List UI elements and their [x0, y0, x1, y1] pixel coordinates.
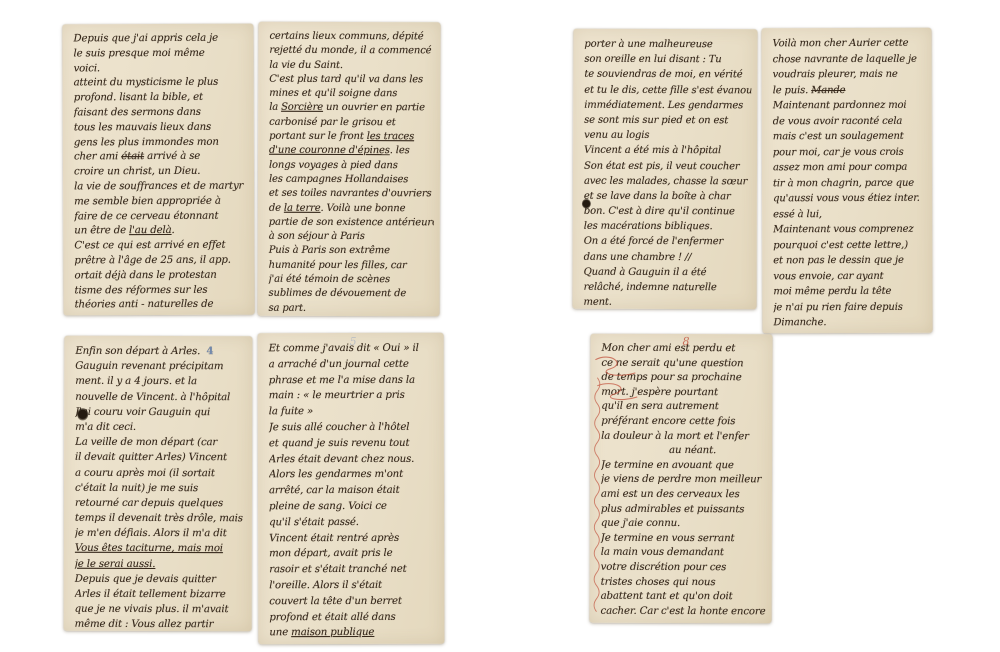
handwriting-line: Arles était devant chez nous. — [269, 451, 438, 467]
handwriting-line: Arles il était tellement bizarre — [75, 587, 246, 603]
handwriting-line: certains lieux communs, dépité — [269, 30, 434, 45]
handwriting-line: nouvelle de Vincent. à l'hôpital — [75, 389, 246, 405]
handwriting-line: Vincent était rentré après — [269, 530, 438, 546]
ink-blot — [77, 408, 88, 421]
handwriting-line: je viens de perdre mon meilleur — [601, 473, 766, 488]
handwriting-line: Dimanche. — [773, 315, 926, 331]
handwriting-line: Maintenant vous comprenez — [773, 222, 926, 238]
handwriting-line: plus admirables et puissants — [601, 502, 766, 517]
handwriting-line: C'est plus tard qu'il va dans les — [269, 73, 434, 88]
letter-page-bottom-left-e: Enfin son départ à Arles. 4Gauguin reven… — [64, 336, 253, 631]
handwriting-line: phrase et me l'a mise dans la — [269, 372, 438, 388]
handwriting-line: la Sorcière un ouvrier en partie — [269, 101, 434, 116]
handwriting-line: d'une couronne d'épines. les — [269, 144, 434, 159]
handwriting-line: la fuite » — [269, 404, 438, 420]
letter-page-top-right-d: Voilà mon cher Aurier cettechose navrant… — [761, 28, 932, 334]
handwriting-block: Enfin son départ à Arles. 4Gauguin reven… — [64, 336, 253, 633]
handwriting-block: Voilà mon cher Aurier cettechose navrant… — [761, 28, 932, 331]
handwriting-line: la vie de souffrances et de martyr — [74, 180, 248, 196]
handwriting-line: m'a dit ceci. — [75, 420, 246, 436]
handwriting-line: l'oreille. Alors il s'était — [269, 578, 438, 594]
handwriting-line: tisme des réformes sur les — [74, 283, 248, 299]
handwriting-line: la vie du Saint. — [269, 58, 434, 73]
letter-page-top-left-a: Depuis que j'ai appris cela jele suis pr… — [62, 24, 254, 316]
handwriting-line: Je termine en vous serrant — [601, 531, 766, 546]
handwriting-line: Je termine en avouant que — [601, 458, 766, 473]
handwriting-line: votre discrétion pour ces — [601, 561, 766, 576]
handwriting-line: moi même perdu la tête — [773, 284, 926, 300]
handwriting-line: même dit : Vous allez partir — [75, 617, 246, 633]
handwriting-line: La veille de mon départ (car — [75, 435, 246, 451]
handwriting-line: c'était la nuit) je me suis — [75, 480, 246, 496]
handwriting-line: sa part. — [268, 301, 433, 316]
handwriting-line: je m'en défiais. Alors il m'a dit — [75, 526, 246, 542]
handwriting-line: Son état est pis, il veut coucher — [584, 158, 751, 174]
handwriting-line: de temps pour sa prochaine — [601, 371, 766, 386]
handwriting-line: prêtre à l'âge de 25 ans, il app. — [74, 254, 248, 270]
handwriting-line: profond. lisant la bible, et — [74, 91, 248, 107]
letter-photo-canvas: Depuis que j'ai appris cela jele suis pr… — [0, 0, 1000, 652]
handwriting-line: que je ne vivais plus. il m'avait — [75, 602, 246, 618]
handwriting-line: pour moi, car je vous crois — [773, 144, 926, 160]
handwriting-line: se sont mis sur pied et on est — [584, 113, 751, 129]
handwriting-line: longs voyages à pied dans — [269, 158, 434, 173]
handwriting-line: Enfin son départ à Arles. 4 — [75, 344, 246, 360]
handwriting-line: ami est un des cerveaux les — [601, 488, 766, 503]
handwriting-line: atteint du mysticisme le plus — [74, 76, 248, 92]
handwriting-line: relâché, indemne naturelle — [584, 280, 751, 296]
handwriting-line: ortait déjà dans le protestan — [74, 268, 248, 284]
handwriting-line: qu'il s'était passé. — [269, 515, 438, 531]
handwriting-line: ment. — [584, 295, 751, 311]
page-number: 8 — [682, 335, 689, 348]
letter-page-bottom-right-g: Mon cher ami est perdu etce ne serait qu… — [589, 334, 772, 624]
handwriting-line: pleine de sang. Voici ce — [269, 499, 438, 515]
page-number: 5 — [350, 335, 357, 348]
handwriting-line: la main vous demandant — [601, 546, 766, 561]
handwriting-line: Puis à Paris son extrême — [269, 244, 434, 259]
handwriting-line: les campagnes Hollandaises — [269, 173, 434, 188]
handwriting-line: Depuis que j'ai appris cela je — [73, 32, 247, 48]
handwriting-line: ment. il y a 4 jours. et la — [75, 374, 246, 390]
handwriting-line: voici. — [74, 61, 248, 77]
handwriting-line: rasoir et s'était tranché net — [269, 562, 438, 578]
handwriting-line: On a été forcé de l'enfermer — [584, 234, 751, 250]
handwriting-line: Maintenant pardonnez moi — [773, 98, 926, 114]
handwriting-line: pourquoi c'est cette lettre,) — [773, 237, 926, 253]
handwriting-line: immédiatement. Les gendarmes — [584, 97, 751, 113]
handwriting-line: dans une chambre ! // — [584, 249, 751, 265]
handwriting-line: je n'ai pu rien faire depuis — [773, 299, 926, 315]
handwriting-line: un être de l'au delà. — [74, 224, 248, 240]
handwriting-line: j'ai été témoin de scènes — [269, 273, 434, 288]
handwriting-line: me semble bien appropriée à — [74, 194, 248, 210]
handwriting-line: gens les plus immondes mon — [74, 135, 248, 151]
handwriting-line: Vincent a été mis à l'hôpital — [584, 143, 751, 159]
handwriting-line: Quand à Gauguin il a été — [584, 265, 751, 281]
handwriting-line: et tu le dis, cette fille s'est évanouie — [584, 82, 751, 98]
handwriting-line: J'ai couru voir Gauguin qui — [75, 405, 246, 421]
letter-page-top-left-b: certains lieux communs, dépitérejetté du… — [257, 22, 440, 317]
handwriting-line: mais c'est un soulagement — [773, 129, 926, 145]
handwriting-line: main : « le meurtrier a pris — [269, 388, 438, 404]
handwriting-line: théories anti - naturelles de — [75, 298, 249, 314]
handwriting-line: rejetté du monde, il a commencé — [269, 44, 434, 59]
handwriting-line: le suis presque moi même — [73, 46, 247, 62]
handwriting-line: assez mon ami pour compa — [773, 160, 926, 176]
letter-page-top-right-c: porter à une malheureuseson oreille en l… — [573, 29, 758, 310]
handwriting-line: au néant. — [601, 444, 766, 459]
handwriting-line: venu au logis — [584, 128, 751, 144]
handwriting-line: les macérations bibliques. — [584, 219, 751, 235]
handwriting-block: Mon cher ami est perdu etce ne serait qu… — [590, 334, 773, 620]
handwriting-line: et quand je suis revenu tout — [269, 436, 438, 452]
handwriting-line: Alors les gendarmes m'ont — [269, 467, 438, 483]
handwriting-line: Depuis que je devais quitter — [75, 572, 246, 588]
handwriting-line: tristes choses qui nous — [601, 575, 766, 590]
handwriting-line: ce ne serait qu'une question — [601, 356, 766, 371]
handwriting-line: faisant des sermons dans — [74, 106, 248, 122]
handwriting-line: le puis. Mande — [773, 82, 926, 98]
handwriting-line: a arraché d'un journal cette — [269, 357, 438, 373]
handwriting-line: chose navrante de laquelle je — [773, 51, 926, 67]
handwriting-line: que j'aie connu. — [601, 517, 766, 532]
handwriting-line: à son séjour à Paris — [269, 230, 434, 245]
handwriting-line: Je suis allé coucher à l'hôtel — [269, 420, 438, 436]
handwriting-line: tir à mon chagrin, parce que — [773, 175, 926, 191]
handwriting-line: abattent tant et qu'on doit — [601, 590, 766, 605]
handwriting-line: croire un christ, un Dieu. — [74, 165, 248, 181]
handwriting-line: voudrais pleurer, mais ne — [773, 67, 926, 83]
handwriting-block: porter à une malheureuseson oreille en l… — [573, 29, 758, 311]
handwriting-line: cher ami était arrivé à se — [74, 150, 248, 166]
handwriting-block: Depuis que j'ai appris cela jele suis pr… — [62, 24, 254, 314]
handwriting-line: qu'aussi vous vous étiez inter. — [773, 191, 926, 207]
handwriting-line: porter à une malheureuse — [584, 37, 751, 53]
handwriting-line: je le serai aussi. — [75, 556, 246, 572]
handwriting-line: tous les mauvais lieux dans — [74, 120, 248, 136]
handwriting-line: cacher. Car c'est la honte encore — [601, 604, 766, 619]
handwriting-line: couvert la tête d'un berret — [269, 594, 438, 610]
handwriting-line: a couru après moi (il sortait — [75, 465, 246, 481]
handwriting-line: mon départ, avait pris le — [269, 546, 438, 562]
handwriting-block: Et comme j'avais dit « Oui » ila arraché… — [258, 333, 445, 642]
handwriting-line: C'est ce qui est arrivé en effet — [74, 239, 248, 255]
handwriting-line: une maison publique — [269, 625, 438, 641]
handwriting-line: humanité pour les filles, car — [269, 258, 434, 273]
handwriting-line: Voilà mon cher Aurier cette — [772, 36, 925, 52]
handwriting-line: retourné car depuis quelques — [75, 496, 246, 512]
ink-blot — [582, 199, 591, 209]
handwriting-line: et non pas le dessin que je — [773, 253, 926, 269]
handwriting-line: temps il devenait très drôle, mais — [75, 511, 246, 527]
handwriting-line: Vous êtes taciturne, mais moi — [75, 541, 246, 557]
handwriting-line: essé à lui, — [773, 206, 926, 222]
handwriting-line: son oreille en lui disant : Tu — [584, 52, 751, 68]
handwriting-line: te souviendras de moi, en vérité — [584, 67, 751, 83]
handwriting-block: certains lieux communs, dépitérejetté du… — [257, 22, 440, 317]
handwriting-line: bon. C'est à dire qu'il continue — [584, 204, 751, 220]
handwriting-line: vous envoie, car ayant — [773, 268, 926, 284]
handwriting-line: il devait quitter Arles) Vincent — [75, 450, 246, 466]
handwriting-line: et ses toiles navrantes d'ouvriers — [269, 187, 434, 202]
handwriting-line: sublimes de dévouement de — [269, 287, 434, 302]
handwriting-line: faire de ce cerveau étonnant — [74, 209, 248, 225]
handwriting-line: de la terre. Voilà une bonne — [269, 201, 434, 216]
handwriting-line: mort. j'espère pourtant — [601, 386, 766, 401]
handwriting-line: partie de son existence antérieure — [269, 216, 434, 231]
handwriting-line: Gauguin revenant précipitam — [75, 359, 246, 375]
handwriting-line: avec les malades, chasse la sœur — [584, 173, 751, 189]
letter-page-bottom-left-f: Et comme j'avais dit « Oui » ila arraché… — [258, 333, 445, 644]
handwriting-line: préférant encore cette fois — [601, 415, 766, 430]
handwriting-line: et se lave dans la boîte à char — [584, 189, 751, 205]
handwriting-line: arrêté, car la maison était — [269, 483, 438, 499]
handwriting-line: qu'il en sera autrement — [601, 400, 766, 415]
handwriting-line: profond et était allé dans — [269, 609, 438, 625]
handwriting-line: mines et qu'il soigne dans — [269, 87, 434, 102]
handwriting-line: portant sur le front les traces — [269, 130, 434, 145]
handwriting-line: carbonisé par le grisou et — [269, 116, 434, 131]
handwriting-line: de vous avoir raconté cela — [773, 113, 926, 129]
handwriting-line: la douleur à la mort et l'enfer — [601, 429, 766, 444]
